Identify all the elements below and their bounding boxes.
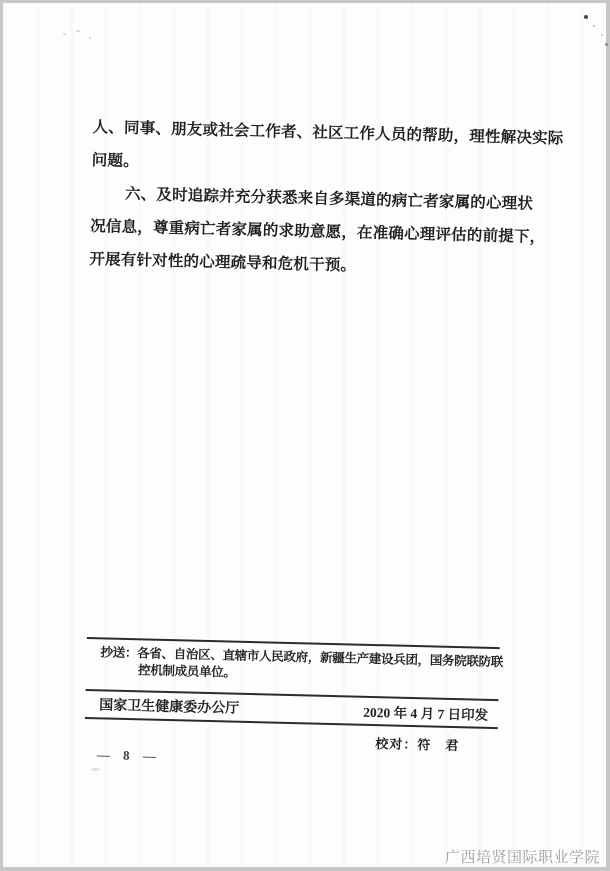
scan-speck [89, 37, 91, 39]
print-date: 2020 年 4 月 7 日印发 [363, 701, 488, 724]
scan-speck [584, 15, 588, 19]
scan-speck [601, 34, 603, 36]
scan-speck [63, 33, 66, 35]
issuing-office: 国家卫生健康委办公厅 [99, 694, 239, 717]
body-text: 人、同事、朋友或社会工作者、社区工作人员的帮助，理性解决实际 问题。 六、及时追… [89, 111, 565, 287]
document-page: 人、同事、朋友或社会工作者、社区工作人员的帮助，理性解决实际 问题。 六、及时追… [3, 3, 606, 867]
page-number: — 8 — [97, 747, 161, 765]
scanned-document: { "body": { "para1_lines": [ "人、同事、朋友或社会… [0, 0, 610, 871]
footer-block: 抄送：各省、自治区、直辖市人民政府，新疆生产建设兵团，国务院联防联 控机制成员单… [84, 633, 500, 755]
scan-speck [91, 768, 100, 771]
watermark-text: 广西培贤国际职业学院 [445, 846, 600, 867]
scan-speck [605, 43, 608, 46]
scan-speck [593, 25, 595, 27]
scan-speck [76, 30, 80, 32]
proofreader: 校对：符 君 [375, 736, 459, 753]
cc-section: 抄送：各省、自治区、直辖市人民政府，新疆生产建设兵团，国务院联防联 控机制成员单… [86, 639, 500, 694]
